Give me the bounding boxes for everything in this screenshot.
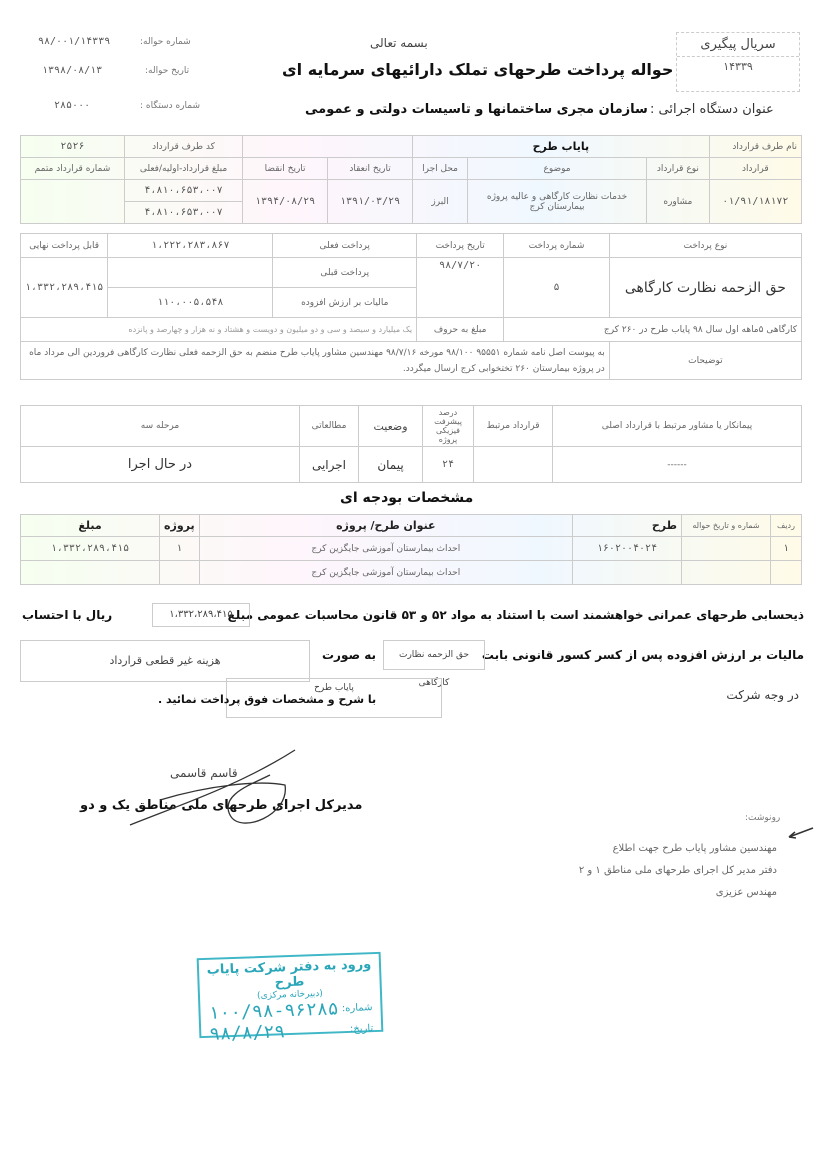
contract-number: ۰۱/۹۱/۱۸۱۷۲ [709,180,801,224]
party-name-value: پایاب طرح [413,136,710,158]
row-draft [682,561,771,585]
contract-subject: خدمات نظارت کارگاهی و عالیه پروژه بیمارس… [468,180,647,224]
notes-value: به پیوست اصل نامه شماره ۹۵۵۵۱ ۹۸/۱۰۰ مور… [21,342,610,380]
agency-title-value: سازمان مجری ساختمانها و تاسیسات دولتی و … [305,102,648,117]
final-payable-value: ۱،۳۳۲،۲۸۹،۴۱۵ [21,258,108,318]
page-title: حواله پرداخت طرحهای تملک دارائیهای سرمای… [282,60,673,79]
col-type: نوع قرارداد [647,158,710,180]
related-contract-value [474,447,553,483]
vat-label: مالیات بر ارزش افزوده [273,288,417,318]
payment-date-label: تاریخ پرداخت [417,234,504,258]
contract-table: نام طرف قرارداد پایاب طرح کد طرف قرارداد… [20,135,802,224]
col-plan: طرح [573,515,682,537]
row-draft [682,537,771,561]
basmala: بسمه تعالی [370,36,428,50]
order-amount: ۱،۳۳۲،۲۸۹،۴۱۵ [152,603,250,627]
signature-scribble-icon [120,745,320,835]
row-number: ۱ [771,537,802,561]
cc-item: دفتر مدیر کل اجرای طرحهای ملی مناطق ۱ و … [579,860,777,882]
status-value: پیمان [359,447,423,483]
payment-type-label: نوع پرداخت [609,234,801,258]
col-end: تاریخ انقضا [243,158,328,180]
col-amount: مبلغ [21,515,160,537]
previous-payment-label: پرداخت قبلی [273,258,417,288]
notes-label: توضیحات [609,342,801,380]
contract-location: البرز [413,180,468,224]
vat-value: ۱۱۰،۰۰۵،۵۴۸ [108,288,273,318]
agency-number-label: شماره دستگاه : [140,101,200,111]
cc-item: مهندسین مشاور پایاب طرح جهت اطلاع [579,838,777,860]
row-plan: ۱۶۰۲۰۰۴۰۲۴ [573,537,682,561]
party-code-label: کد طرف قرارداد [124,136,242,158]
col-related-contractor: پیمانکار یا مشاور مرتبط با قرارداد اصلی [553,406,802,447]
payment-number-value: ۵ [504,258,610,318]
draft-number-value: ۹۸/۰۰۱/۱۴۳۳۹ [38,36,110,47]
col-draft: شماره و تاریخ حواله [682,515,771,537]
stamp-number-label: شماره: [342,1002,373,1014]
related-contractor-value: ------ [553,447,802,483]
contract-amount-current: ۴،۸۱۰،۶۵۳،۰۰۷ [124,202,242,224]
party-code-value: ۲۵۲۶ [21,136,125,158]
payment-table: نوع پرداخت شماره پرداخت تاریخ پرداخت پرد… [20,233,802,380]
budget-table: ردیف شماره و تاریخ حواله طرح عنوان طرح/ … [20,514,802,585]
in-words-label: مبلغ به حروف [417,318,504,342]
col-related-contract: قرارداد مرتبط [474,406,553,447]
col-start: تاریخ انعقاد [328,158,413,180]
stamp-date-label: تاریخ: [350,1023,374,1035]
contract-end-date: ۱۳۹۴/۰۸/۲۹ [243,180,328,224]
status-table: پیمانکار یا مشاور مرتبط با قرارداد اصلی … [20,405,802,483]
payment-number-label: شماره پرداخت [504,234,610,258]
serial-label: سریال پیگیری [677,37,799,52]
row-title: احداث بیمارستان آموزشی جایگزین کرج [199,561,572,585]
contract-start-date: ۱۳۹۱/۰۳/۲۹ [328,180,413,224]
contract-supplement [21,180,125,224]
row-amount [21,561,160,585]
row-amount: ۱،۳۳۲،۲۸۹،۴۱۵ [21,537,160,561]
contract-amount-initial: ۴،۸۱۰،۶۵۳،۰۰۷ [124,180,242,202]
row-project: ۱ [160,537,200,561]
order-line3: در وجه شرکت [726,688,799,702]
row-number [771,561,802,585]
party-name-label: نام طرف قرارداد [709,136,801,158]
col-status: وضعیت [359,406,423,447]
row-project [160,561,200,585]
cc-list: مهندسین مشاور پایاب طرح جهت اطلاع دفتر م… [579,838,777,904]
payment-type-value: حق الزحمه نظارت کارگاهی [609,258,801,318]
phase-value: اجرایی [300,447,359,483]
order-line2: مالیات بر ارزش افزوده پس از کسر کسور قان… [482,648,804,662]
received-stamp: ورود به دفتر شرکت پایاب طرح (دبیرخانه مر… [197,952,384,1038]
row-plan [573,561,682,585]
cc-label: رونوشت: [745,813,780,823]
cc-item: مهندس عزیزی [579,882,777,904]
col-contract: قرارداد [709,158,801,180]
final-payable-label: قابل پرداخت نهایی [21,234,108,258]
col-title: عنوان طرح/ پروژه [199,515,572,537]
col-studies: مطالعاتی [300,406,359,447]
draft-date-value: ۱۳۹۸/۰۸/۱۳ [42,65,102,76]
budget-title: مشخصات بودجه ای [340,490,473,506]
in-words-value: یک میلیارد و سیصد و سی و دو میلیون و دوی… [21,318,417,342]
contract-type: مشاوره [647,180,710,224]
col-progress: درصد پیشرفت فیزیکی پروژه [423,406,474,447]
table-row: احداث بیمارستان آموزشی جایگزین کرج [21,561,802,585]
stage-value: در حال اجرا [21,447,300,483]
order-reason: حق الزحمه نظارت کارگاهی [383,640,485,670]
col-project: پروژه [160,515,200,537]
col-location: محل اجرا [413,158,468,180]
order-line3-end: با شرح و مشخصات فوق پرداخت نمائید . [158,693,376,706]
stamp-date-value: ۹۸/۸/۲۹ [209,1021,286,1045]
order-line1-end: ریال با احتساب [22,608,112,622]
col-stage: مرحله سه [21,406,300,447]
draft-date-label: تاریخ حواله: [145,66,189,76]
draft-number-label: شماره حواله: [140,37,191,47]
col-subject: موضوع [468,158,647,180]
agency-title-label: عنوان دستگاه اجرائی : [650,102,774,117]
current-payment-value: ۱،۲۲۲،۲۸۳،۸۶۷ [108,234,273,258]
order-line2-mid: به صورت [322,648,376,662]
col-supplement: شماره قرارداد متمم [21,158,125,180]
payment-date-value: ۹۸/۷/۲۰ [417,258,504,318]
col-amount: مبلغ قرارداد-اولیه/فعلی [124,158,242,180]
current-payment-label: پرداخت فعلی [273,234,417,258]
in-words-desc: کارگاهی ۵ماهه اول سال ۹۸ پایاب طرح در ۲۶… [504,318,802,342]
row-title: احداث بیمارستان آموزشی جایگزین کرج [199,537,572,561]
agency-number-value: ۲۸۵۰۰۰ [54,100,90,111]
arrow-icon [785,826,815,840]
order-line1: ذیحسابی طرحهای عمرانی خواهشمند است با اس… [228,608,804,622]
serial-value: ۱۴۳۳۹ [677,56,799,73]
col-row: ردیف [771,515,802,537]
serial-box: سریال پیگیری ۱۴۳۳۹ [676,32,800,92]
table-row: ۱ ۱۶۰۲۰۰۴۰۲۴ احداث بیمارستان آموزشی جایگ… [21,537,802,561]
progress-value: ۲۴ [423,447,474,483]
order-form: هزینه غیر قطعی قرارداد [20,640,310,682]
